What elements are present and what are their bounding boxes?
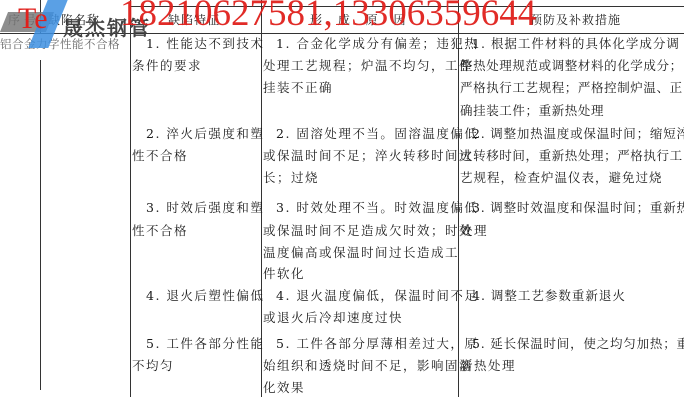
row2-cause-line3: 长；过烧 <box>263 168 319 188</box>
row2-remedy-line3: 艺规程，检查炉温仪表，避免过烧 <box>460 168 663 188</box>
row3-remedy-line2: 处理 <box>460 221 488 241</box>
row2-feature-line2: 性不合格 <box>132 146 188 166</box>
row1-feature-line1: 1. 性能达不到技术 <box>146 34 264 54</box>
row3-cause-line4: 件软化 <box>263 264 305 284</box>
row2-cause-line2: 或保温时间不足；淬火转移时间过 <box>263 146 473 166</box>
row2-remedy-line2: 火转移时间，重新热处理；严格执行工 <box>460 146 683 166</box>
row1-cause-line1: 1. 合金化学成分有偏差；违犯热 <box>276 34 478 54</box>
row1-cause-line3: 挂装不正确 <box>263 78 333 98</box>
row3-feature-line2: 性不合格 <box>132 221 188 241</box>
row4-cause-line1: 4. 退火温度偏低，保温时间不足 <box>276 286 478 306</box>
row5-feature-line1: 5. 工件各部分性能 <box>146 334 264 354</box>
row3-cause-line1: 3. 时效处理不当。时效温度偏低 <box>276 198 478 218</box>
row5-cause-line1: 5. 工件各部分厚薄相差过大，原 <box>276 334 478 354</box>
row5-remedy-line2: 新热处理 <box>460 356 516 376</box>
row5-feature-line2: 不均匀 <box>132 356 174 376</box>
row1-remedy-line4: 确挂装工件；重新热处理 <box>460 101 604 121</box>
row1-remedy-line1: 1. 根据工件材料的具体化学成分调 <box>472 34 680 54</box>
row4-remedy-line1: 4. 调整工艺参数重新退火 <box>472 286 626 306</box>
row1-cause-line2: 处理工艺规程；炉温不均匀，工件 <box>263 56 473 76</box>
row4-feature-line1: 4. 退火后塑性偏低 <box>146 286 264 306</box>
row3-cause-line2: 或保温时间不足造成欠时效；时效 <box>263 221 473 241</box>
row1-remedy-line3: 严格执行工艺规程；严格控制炉温、正 <box>460 78 683 98</box>
row1-remedy-line2: 整热处理规范或调整材料的化学成分； <box>460 56 683 76</box>
watermark-logo: Te 晟杰钢管 <box>0 0 120 48</box>
header-remedy: 预防及补救措施 <box>530 12 621 28</box>
document-page: 序号 缺陷名称 缺陷特征 形 成 原 因 预防及补救措施 铝合金力学性能不合格 … <box>0 0 684 397</box>
row2-feature-line1: 2. 淬火后强度和塑 <box>146 124 264 144</box>
row3-remedy-line1: 3. 调整时效温度和保温时间；重新热 <box>472 198 684 218</box>
row2-cause-line1: 2. 固溶处理不当。固溶温度偏低 <box>276 124 478 144</box>
watermark-phone-text: 18210627581,13306359644 <box>120 0 536 34</box>
logo-prefix: Te <box>18 2 48 36</box>
column-divider-3 <box>130 0 131 397</box>
column-divider-2 <box>40 60 41 390</box>
row3-feature-line1: 3. 时效后强度和塑 <box>146 198 264 218</box>
row2-remedy-line1: 2. 调整加热温度或保温时间；缩短淬 <box>472 124 684 144</box>
row3-cause-line3: 温度偏高或保温时间过长造成工 <box>263 243 459 263</box>
row4-cause-line2: 或退火后冷却速度过快 <box>263 308 403 328</box>
row5-remedy-line1: 5. 延长保温时间，使之均匀加热；重 <box>472 334 684 354</box>
row5-cause-line2: 始组织和透烧时间不足，影响固溶 <box>263 356 473 376</box>
row5-cause-line3: 化效果 <box>263 378 305 397</box>
watermark-phone: 18210627581,13306359644 <box>120 0 536 35</box>
row1-feature-line2: 条件的要求 <box>132 56 202 76</box>
